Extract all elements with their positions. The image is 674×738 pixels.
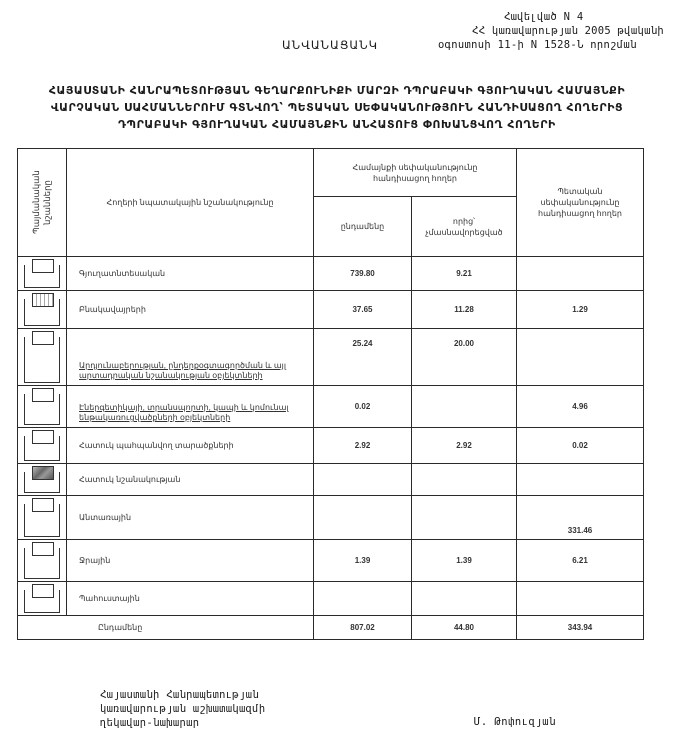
legend-symbol [24, 436, 60, 461]
row-total: 25.24 [314, 329, 412, 386]
row-state: 6.21 [517, 540, 644, 582]
plain-box-icon [32, 331, 54, 345]
row-total: 1.39 [314, 540, 412, 582]
row-code [18, 582, 67, 616]
header-code: Պայմանական նշանները [18, 149, 67, 257]
totals-row: Ընդամենը 807.02 44.80 343.94 [18, 616, 644, 640]
row-total [314, 464, 412, 496]
row-unprivatized: 1.39 [412, 540, 517, 582]
legend-symbol [24, 265, 60, 288]
signatory-title-line-1: Հայաստանի Հանրապետության [100, 688, 266, 702]
row-code [18, 291, 67, 329]
totals-unprivatized: 44.80 [412, 616, 517, 640]
table-row: Անտառային331.46 [18, 496, 644, 540]
row-purpose: Արդյունաբերության, ընդերքօգտագործման և ա… [67, 329, 314, 386]
plain-box-icon [32, 584, 54, 598]
row-purpose: Պահուստային [67, 582, 314, 616]
row-purpose-label: Անտառային [79, 513, 131, 522]
row-purpose-label: Գյուղատնտեսական [79, 269, 165, 278]
row-code [18, 464, 67, 496]
legend-symbol [24, 337, 60, 383]
row-total: 2.92 [314, 428, 412, 464]
header-state: Պետական սեփականությունը հանդիսացող հողեր [517, 149, 644, 257]
document-title: ԱՆՎԱՆԱՑԱՆԿ [282, 38, 378, 52]
plain-box-icon [32, 388, 54, 402]
row-purpose-label: Բնակավայրերի [79, 305, 146, 314]
legend-symbol [24, 548, 60, 579]
annex-decree-date: օգոստոսի 11-ի N 1528-Ն որոշման [432, 38, 672, 52]
legend-symbol [24, 590, 60, 613]
row-purpose-label: Արդյունաբերության, ընդերքօգտագործման և ա… [79, 361, 286, 380]
heading-line-2: ՎԱՐՉԱԿԱՆ ՍԱՀՄԱՆՆԵՐՈՒՄ ԳՏՆՎՈՂ՝ ՊԵՏԱԿԱՆ ՍԵ… [20, 99, 654, 116]
row-total [314, 582, 412, 616]
table-row: Էներգետիկայի, տրանսպորտի, կապի և կոմունա… [18, 386, 644, 428]
row-state [517, 582, 644, 616]
plain-box-icon [32, 430, 54, 444]
row-purpose-label: Էներգետիկայի, տրանսպորտի, կապի և կոմունա… [79, 403, 289, 422]
plain-box-icon [32, 259, 54, 273]
annex-decree-line: ՀՀ կառավարության 2005 թվականի [432, 24, 672, 38]
row-code [18, 257, 67, 291]
table-row: Արդյունաբերության, ընդերքօգտագործման և ա… [18, 329, 644, 386]
row-state [517, 329, 644, 386]
row-unprivatized: 2.92 [412, 428, 517, 464]
plain-box-icon [32, 498, 54, 512]
annex-reference: Հավելված N 4 ՀՀ կառավարության 2005 թվակա… [432, 10, 672, 52]
row-code [18, 386, 67, 428]
header-total: ընդամենը [314, 197, 412, 257]
legend-symbol [24, 472, 60, 493]
row-state [517, 464, 644, 496]
table-row: Ջրային1.391.396.21 [18, 540, 644, 582]
table-row: Բնակավայրերի37.6511.281.29 [18, 291, 644, 329]
signatory-title-line-3: ղեկավար-նախարար [100, 716, 266, 730]
legend-symbol [24, 504, 60, 537]
document-heading: ՀԱՅԱՍՏԱՆԻ ՀԱՆՐԱՊԵՏՈՒԹՅԱՆ ԳԵՂԱՐՔՈՒՆԻՔԻ ՄԱ… [20, 82, 654, 133]
row-unprivatized [412, 464, 517, 496]
row-total: 37.65 [314, 291, 412, 329]
annex-number: Հավելված N 4 [432, 10, 672, 24]
row-purpose: Հատուկ նշանակության [67, 464, 314, 496]
row-code [18, 329, 67, 386]
signatory-title-line-2: կառավարության աշխատակազմի [100, 702, 266, 716]
row-unprivatized: 9.21 [412, 257, 517, 291]
row-purpose: Հատուկ պահպանվող տարածքների [67, 428, 314, 464]
row-purpose-label: Ջրային [79, 556, 110, 565]
row-purpose: Գյուղատնտեսական [67, 257, 314, 291]
table-row: Հատուկ նշանակության [18, 464, 644, 496]
settlement-box-icon [32, 293, 54, 307]
row-state: 1.29 [517, 291, 644, 329]
table-row: Հատուկ պահպանվող տարածքների2.922.920.02 [18, 428, 644, 464]
row-total [314, 496, 412, 540]
row-state [517, 257, 644, 291]
row-state: 0.02 [517, 428, 644, 464]
row-purpose: Բնակավայրերի [67, 291, 314, 329]
header-community-group: Համայնքի սեփականությունը հանդիսացող հողե… [314, 149, 517, 197]
legend-symbol [24, 299, 60, 326]
row-code [18, 496, 67, 540]
totals-total: 807.02 [314, 616, 412, 640]
row-unprivatized [412, 386, 517, 428]
header-purpose: Հողերի նպատակային նշանակությունը [67, 149, 314, 257]
row-code [18, 540, 67, 582]
row-purpose: Անտառային [67, 496, 314, 540]
row-purpose: Ջրային [67, 540, 314, 582]
row-code [18, 428, 67, 464]
row-purpose-label: Հատուկ նշանակության [79, 475, 180, 484]
row-purpose-label: Պահուստային [79, 594, 140, 603]
heading-line-3: ԴՊՐԱԲԱԿԻ ԳՅՈՒՂԱԿԱՆ ՀԱՄԱՅՆՔԻՆ ԱՆՀԱՏՈՒՑ ՓՈ… [20, 116, 654, 133]
special-box-icon [32, 466, 54, 480]
row-state: 331.46 [517, 496, 644, 540]
totals-state: 343.94 [517, 616, 644, 640]
table-row: Պահուստային [18, 582, 644, 616]
header-code-label: Պայմանական նշանները [31, 155, 53, 250]
header-unprivatized: որից՝ չմասնավորեցված [412, 197, 517, 257]
row-unprivatized [412, 496, 517, 540]
row-total: 739.80 [314, 257, 412, 291]
land-table: Պայմանական նշանները Հողերի նպատակային նշ… [17, 148, 644, 640]
row-state: 4.96 [517, 386, 644, 428]
table-row: Գյուղատնտեսական739.809.21 [18, 257, 644, 291]
heading-line-1: ՀԱՅԱՍՏԱՆԻ ՀԱՆՐԱՊԵՏՈՒԹՅԱՆ ԳԵՂԱՐՔՈՒՆԻՔԻ ՄԱ… [20, 82, 654, 99]
row-unprivatized: 11.28 [412, 291, 517, 329]
plain-box-icon [32, 542, 54, 556]
legend-symbol [24, 394, 60, 425]
row-unprivatized: 20.00 [412, 329, 517, 386]
row-purpose: Էներգետիկայի, տրանսպորտի, կապի և կոմունա… [67, 386, 314, 428]
row-total: 0.02 [314, 386, 412, 428]
totals-label: Ընդամենը [18, 616, 314, 640]
row-unprivatized [412, 582, 517, 616]
signatory-name: Մ. Թոփուզյան [474, 716, 556, 728]
row-purpose-label: Հատուկ պահպանվող տարածքների [79, 441, 234, 450]
signatory-title: Հայաստանի Հանրապետության կառավարության ա… [100, 688, 266, 730]
